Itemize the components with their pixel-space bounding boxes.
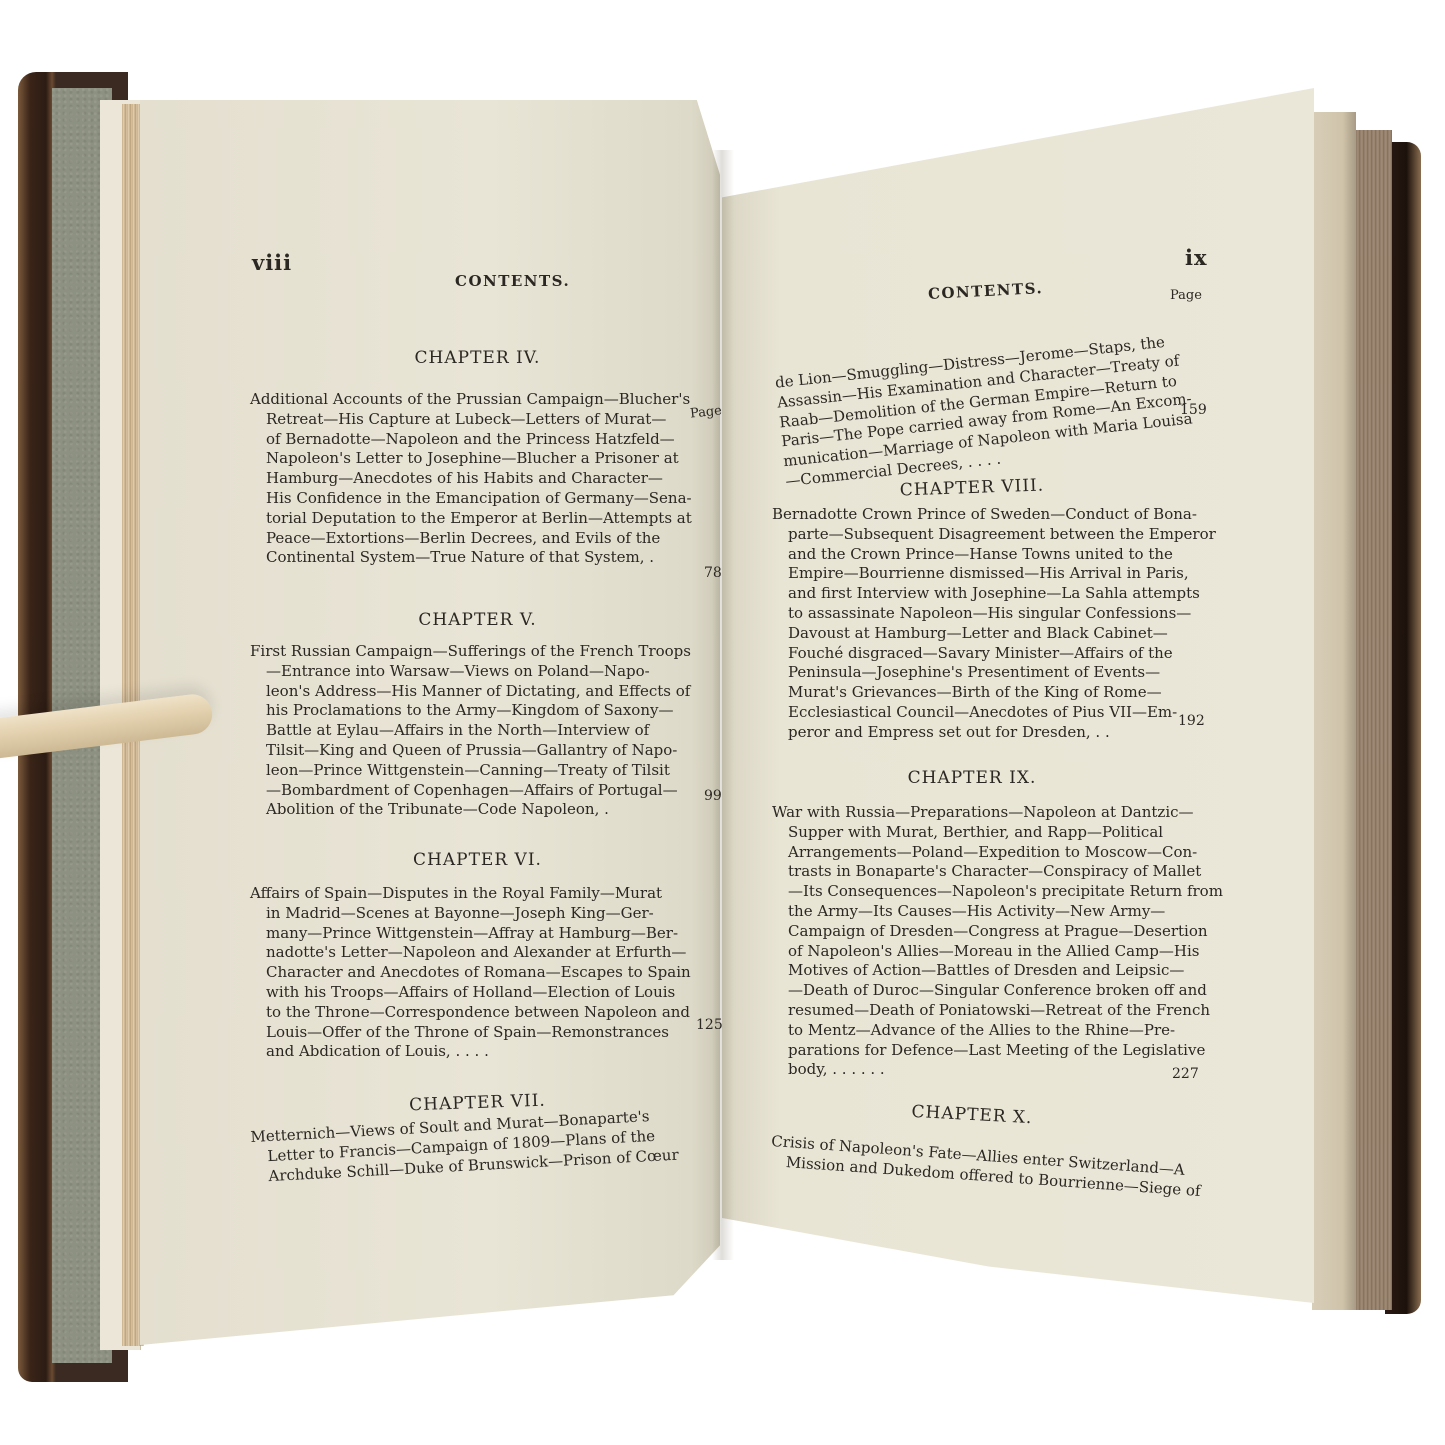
chapter-title: CHAPTER V. (250, 610, 705, 630)
left-running-head: CONTENTS. (455, 272, 570, 290)
chapter-viii-entry: Bernadotte Crown Prince of Sweden—Conduc… (772, 505, 1172, 743)
page-number: 125 (696, 1017, 723, 1033)
chapter-title: CHAPTER IV. (250, 348, 705, 368)
chapter-title: CHAPTER IX. (772, 768, 1172, 788)
chapter-ix-entry: War with Russia—Preparations—Napoleon at… (772, 803, 1172, 1080)
right-folio: ix (1185, 245, 1208, 270)
page-number: 227 (1172, 1066, 1199, 1082)
chapter-v-entry: First Russian Campaign—Sufferings of the… (250, 642, 705, 820)
chapter-ix: CHAPTER IX. (772, 768, 1172, 788)
chapter-vi: CHAPTER VI. (250, 850, 705, 870)
page-number: 159 (1180, 402, 1207, 418)
chapter-title: CHAPTER VI. (250, 850, 705, 870)
page-edges-right (1312, 112, 1356, 1310)
page-number: 78 (704, 565, 722, 581)
chapter-vi-entry: Affairs of Spain—Disputes in the Royal F… (250, 884, 705, 1062)
book-gutter (712, 150, 734, 1260)
right-page-label: Page (1170, 288, 1202, 303)
page-number: 192 (1178, 713, 1205, 729)
chapter-iv: CHAPTER IV. (250, 348, 705, 368)
page-number: 99 (704, 788, 722, 804)
chapter-v: CHAPTER V. (250, 610, 705, 630)
page-stack-right (1352, 130, 1392, 1310)
chapter-iv-entry: Additional Accounts of the Prussian Camp… (250, 390, 705, 568)
left-folio: viii (252, 250, 292, 275)
